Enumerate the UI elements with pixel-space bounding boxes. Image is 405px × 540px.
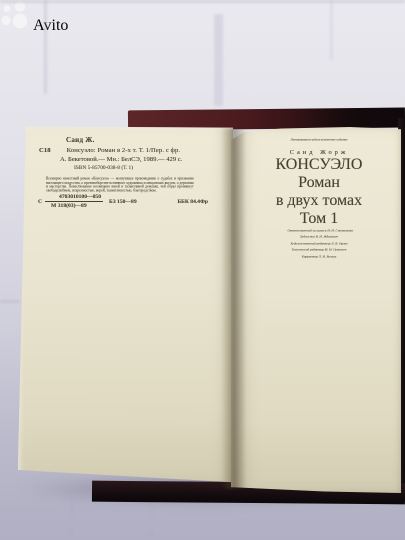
- udc-code: С18: [39, 147, 51, 154]
- catalog-denominator: М 318(03)—89: [45, 202, 103, 209]
- catalog-letter: С: [38, 199, 42, 205]
- catalog-index-block: С 4703010100—050 М 318(03)—89 БЗ 150—89 …: [38, 194, 210, 209]
- credit-line: Художник В. Н. Жданович: [288, 235, 351, 239]
- wall-mortar-line: [0, 508, 95, 511]
- catalog-author: Санд Ж.: [66, 136, 220, 144]
- avito-watermark: Avito: [0, 0, 405, 35]
- wall-mortar-line: [0, 300, 20, 303]
- book-title: КОНСУЭЛО: [244, 156, 394, 174]
- book-subtitle-volumes: в двух томах: [244, 192, 394, 210]
- title-page-author: Санд Жорж: [244, 149, 394, 156]
- credit-line: Ответственный за выпуск Н. И. Степаненко: [288, 228, 351, 232]
- book-subtitle-roman: Роман: [244, 174, 394, 192]
- credit-line: Художественный редактор Л. В. Орлов: [288, 241, 351, 245]
- bibliographic-entry-line1: Консуэло: Роман в 2-х т. Т. 1/Пер. с фр.: [67, 147, 180, 154]
- wall-mortar-line: [214, 14, 223, 106]
- copyright-page-content: Санд Ж. С18 Консуэло: Роман в 2-х т. Т. …: [36, 136, 220, 171]
- credit-line: Технический редактор М. Н. Гриневич: [288, 248, 351, 252]
- credit-line: Корректор Л. Н. Белова: [288, 254, 351, 258]
- wall-mortar-line: [330, 0, 333, 60]
- title-page-content: Литературно-художественное издание Санд …: [244, 137, 394, 258]
- order-code: БЗ 150—89: [109, 199, 137, 205]
- bbk-code: ББК 84.4Фр: [177, 199, 208, 205]
- wall-mortar-line: [70, 498, 73, 540]
- isbn-line: ISBN 5-85700-038-8 (Т. 1): [74, 165, 220, 171]
- wall-mortar-line: [240, 520, 405, 523]
- wall-mortar-line: [0, 0, 405, 3]
- wall-mortar-line: [44, 0, 47, 94]
- catalog-fraction: 4703010100—050 М 318(03)—89: [45, 194, 103, 209]
- book-gutter-shadow: [221, 129, 245, 489]
- catalog-numerator: 4703010100—050: [45, 194, 103, 201]
- bibliographic-entry-line2: А. Бекетовой.— Мн.: БелСЭ, 1989.— 429 с.: [60, 156, 220, 163]
- avito-brand-text: Avito: [33, 17, 68, 34]
- avito-logo-icon: [0, 17, 33, 34]
- annotation-paragraph: Всемирно известный роман «Консуэло» — во…: [46, 177, 194, 192]
- edition-type-line: Литературно-художественное издание: [288, 137, 351, 141]
- annotation-line: верой, талантливостью, благородством.: [96, 188, 157, 192]
- book-cover-top-edge: [128, 108, 405, 131]
- photo-open-book: Санд Ж. С18 Консуэло: Роман в 2-х т. Т. …: [0, 0, 405, 540]
- credits-block: Ответственный за выпуск Н. И. Степаненко…: [244, 226, 394, 261]
